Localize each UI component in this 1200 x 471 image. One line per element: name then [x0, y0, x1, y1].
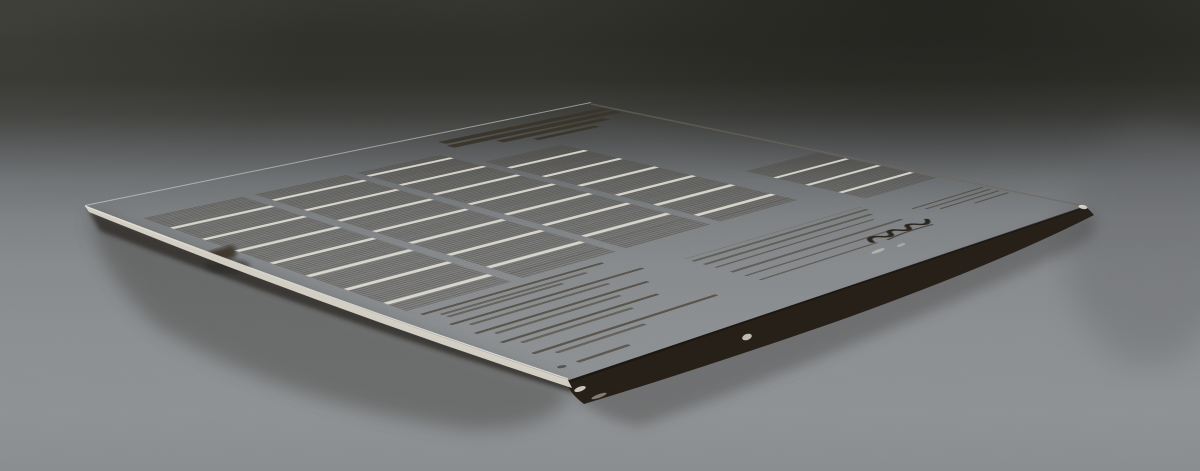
photo-scene: Photograph at a very low oblique angle: …	[0, 0, 1200, 471]
background-soft-shadow	[1065, 125, 1200, 365]
list-line	[494, 295, 622, 334]
fineprint-line	[973, 192, 1009, 203]
